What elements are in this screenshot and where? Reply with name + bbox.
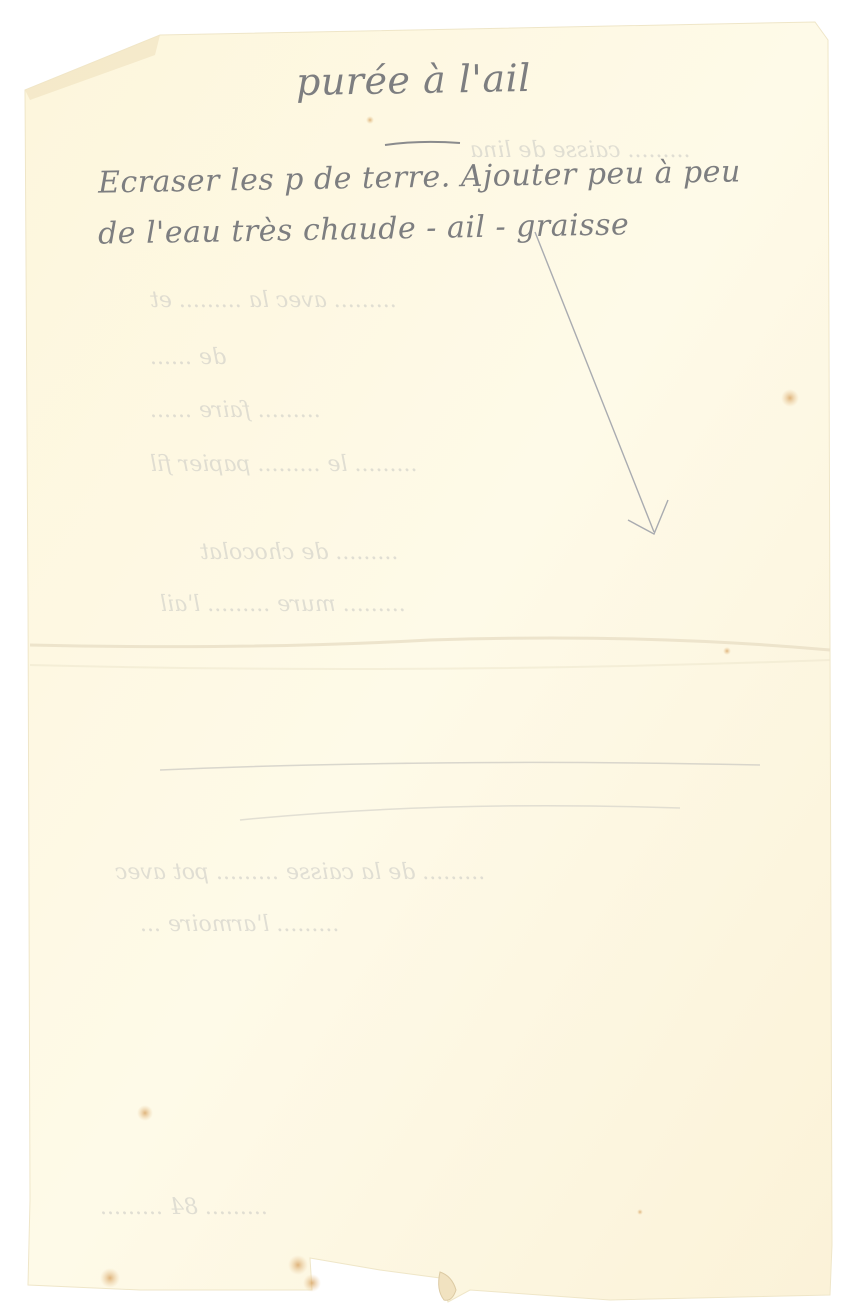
bleed-through-line: ......... 84 ......... bbox=[100, 1195, 268, 1220]
bleed-through-line: ......... le ......... papier fil bbox=[150, 452, 417, 477]
paper-sheet: ......... caisse de lina ......... avec … bbox=[0, 0, 860, 1315]
bleed-through-line: de ...... bbox=[150, 345, 226, 370]
bleed-through-line: ......... avec la ......... et bbox=[150, 288, 397, 313]
recipe-title: purée à l'ail bbox=[296, 56, 532, 104]
bleed-through-line: ......... de chocolat bbox=[200, 540, 398, 565]
bleed-through-line: ......... de la caisse ......... pot ave… bbox=[115, 860, 485, 885]
bleed-through-line: ......... l'armoire ... bbox=[140, 912, 339, 937]
bleed-through-line: ......... faire ...... bbox=[150, 398, 321, 423]
bleed-through-line: ......... mure ......... l'ail bbox=[160, 592, 406, 617]
